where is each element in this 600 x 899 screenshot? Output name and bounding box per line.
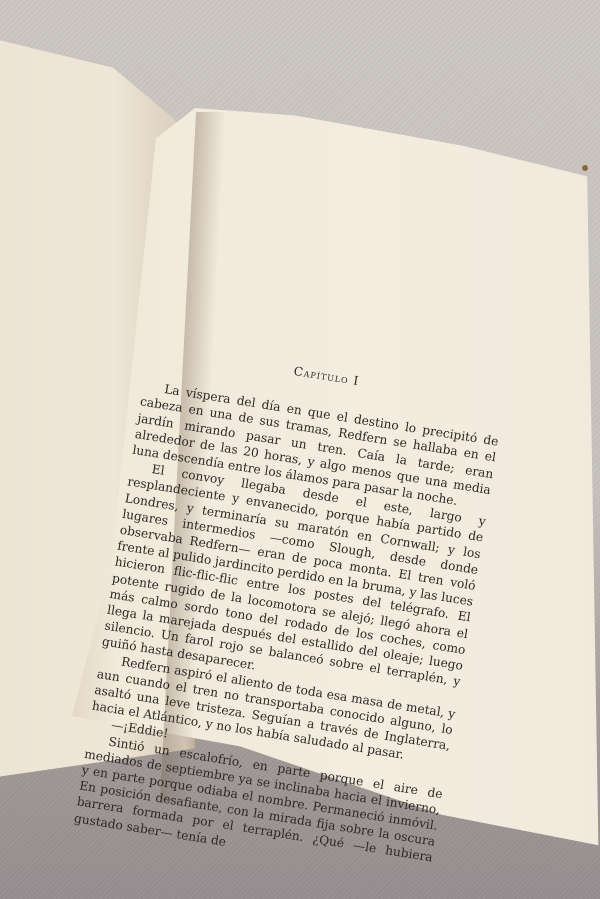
page-stain <box>582 165 588 171</box>
page-text: Capítulo I La víspera del día en que el … <box>73 340 506 882</box>
